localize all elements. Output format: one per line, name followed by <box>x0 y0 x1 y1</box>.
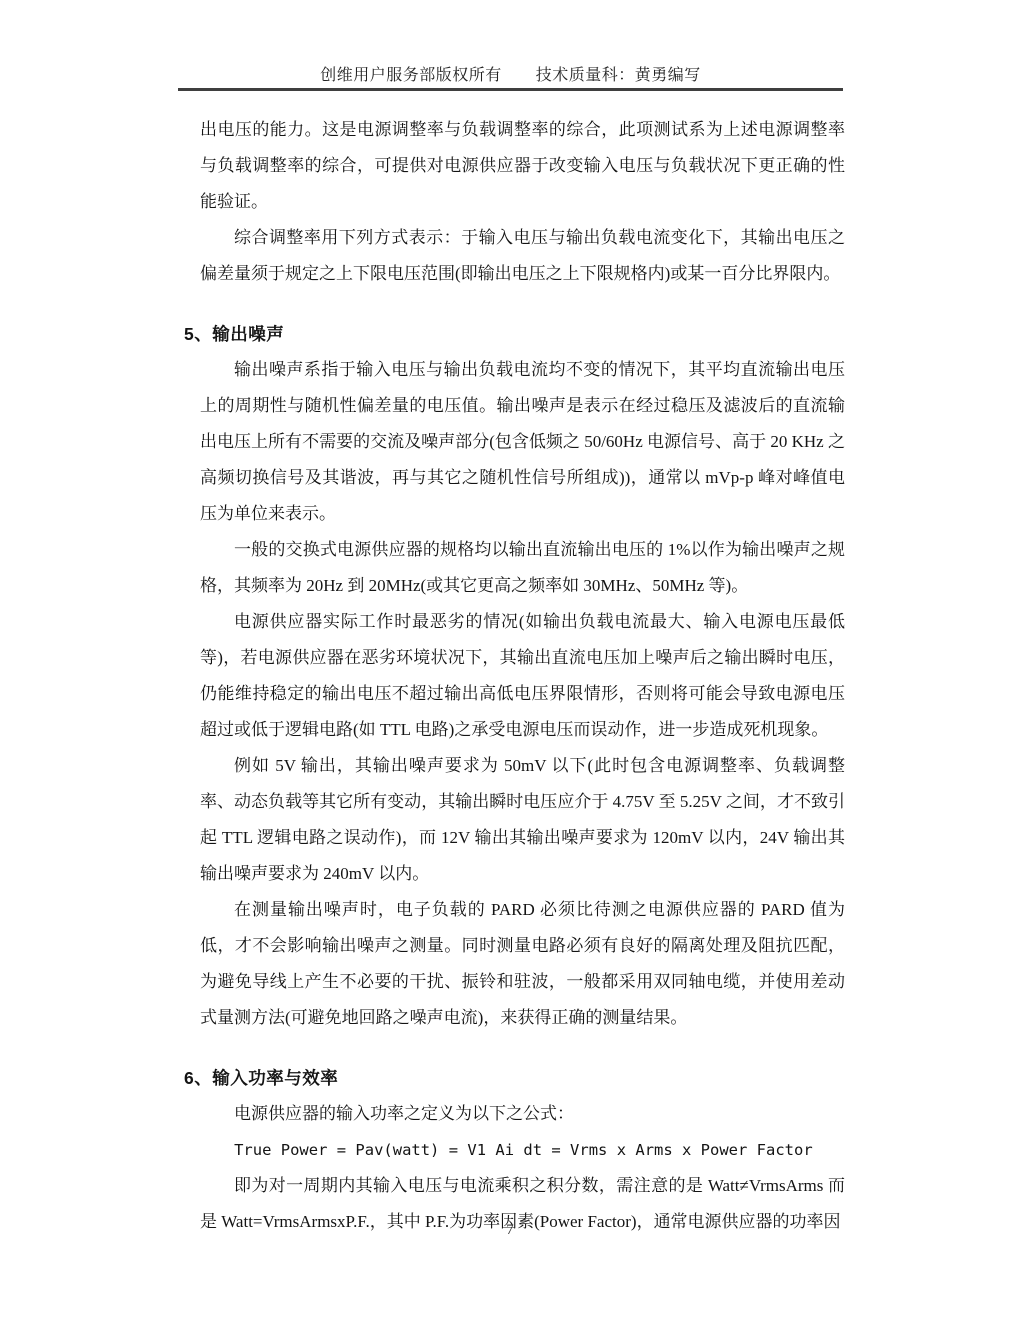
section-5-paragraph-1: 输出噪声系指于输入电压与输出负载电流均不变的情况下，其平均直流输出电压上的周期性… <box>200 352 845 532</box>
section-5-heading: 5、输出噪声 <box>184 316 845 352</box>
document-body: 出电压的能力。这是电源调整率与负载调整率的综合，此项测试系为上述电源调整率与负载… <box>200 112 845 1240</box>
section-6-intro: 电源供应器的输入功率之定义为以下之公式： <box>200 1096 845 1132</box>
page-footer: 7 <box>0 1222 1020 1239</box>
header-rule <box>178 88 843 91</box>
section-5-paragraph-4: 例如 5V 输出，其输出噪声要求为 50mV 以下(此时包含电源调整率、负载调整… <box>200 748 845 892</box>
section-5-paragraph-2: 一般的交换式电源供应器的规格均以输出直流输出电压的 1%以作为输出噪声之规格，其… <box>200 532 845 604</box>
section-5-paragraph-5: 在测量输出噪声时，电子负载的 PARD 必须比待测之电源供应器的 PARD 值为… <box>200 892 845 1036</box>
header-copyright-text: 创维用户服务部版权所有 <box>320 62 502 85</box>
page-header: 创维用户服务部版权所有 技术质量科：黄勇编写 <box>178 62 843 85</box>
power-formula: True Power = Pav(watt) = V1 Ai dt = Vrms… <box>200 1132 845 1168</box>
page-number: 7 <box>506 1222 514 1238</box>
document-page: 创维用户服务部版权所有 技术质量科：黄勇编写 出电压的能力。这是电源调整率与负载… <box>0 0 1020 1320</box>
paragraph-combined-regulation: 综合调整率用下列方式表示：于输入电压与输出负载电流变化下，其输出电压之偏差量须于… <box>200 220 845 292</box>
section-6-heading: 6、输入功率与效率 <box>184 1060 845 1096</box>
section-5-paragraph-3: 电源供应器实际工作时最恶劣的情况(如输出负载电流最大、输入电源电压最低等)，若电… <box>200 604 845 748</box>
header-editor-text: 技术质量科：黄勇编写 <box>536 62 701 85</box>
paragraph-intro-continuation: 出电压的能力。这是电源调整率与负载调整率的综合，此项测试系为上述电源调整率与负载… <box>200 112 845 220</box>
